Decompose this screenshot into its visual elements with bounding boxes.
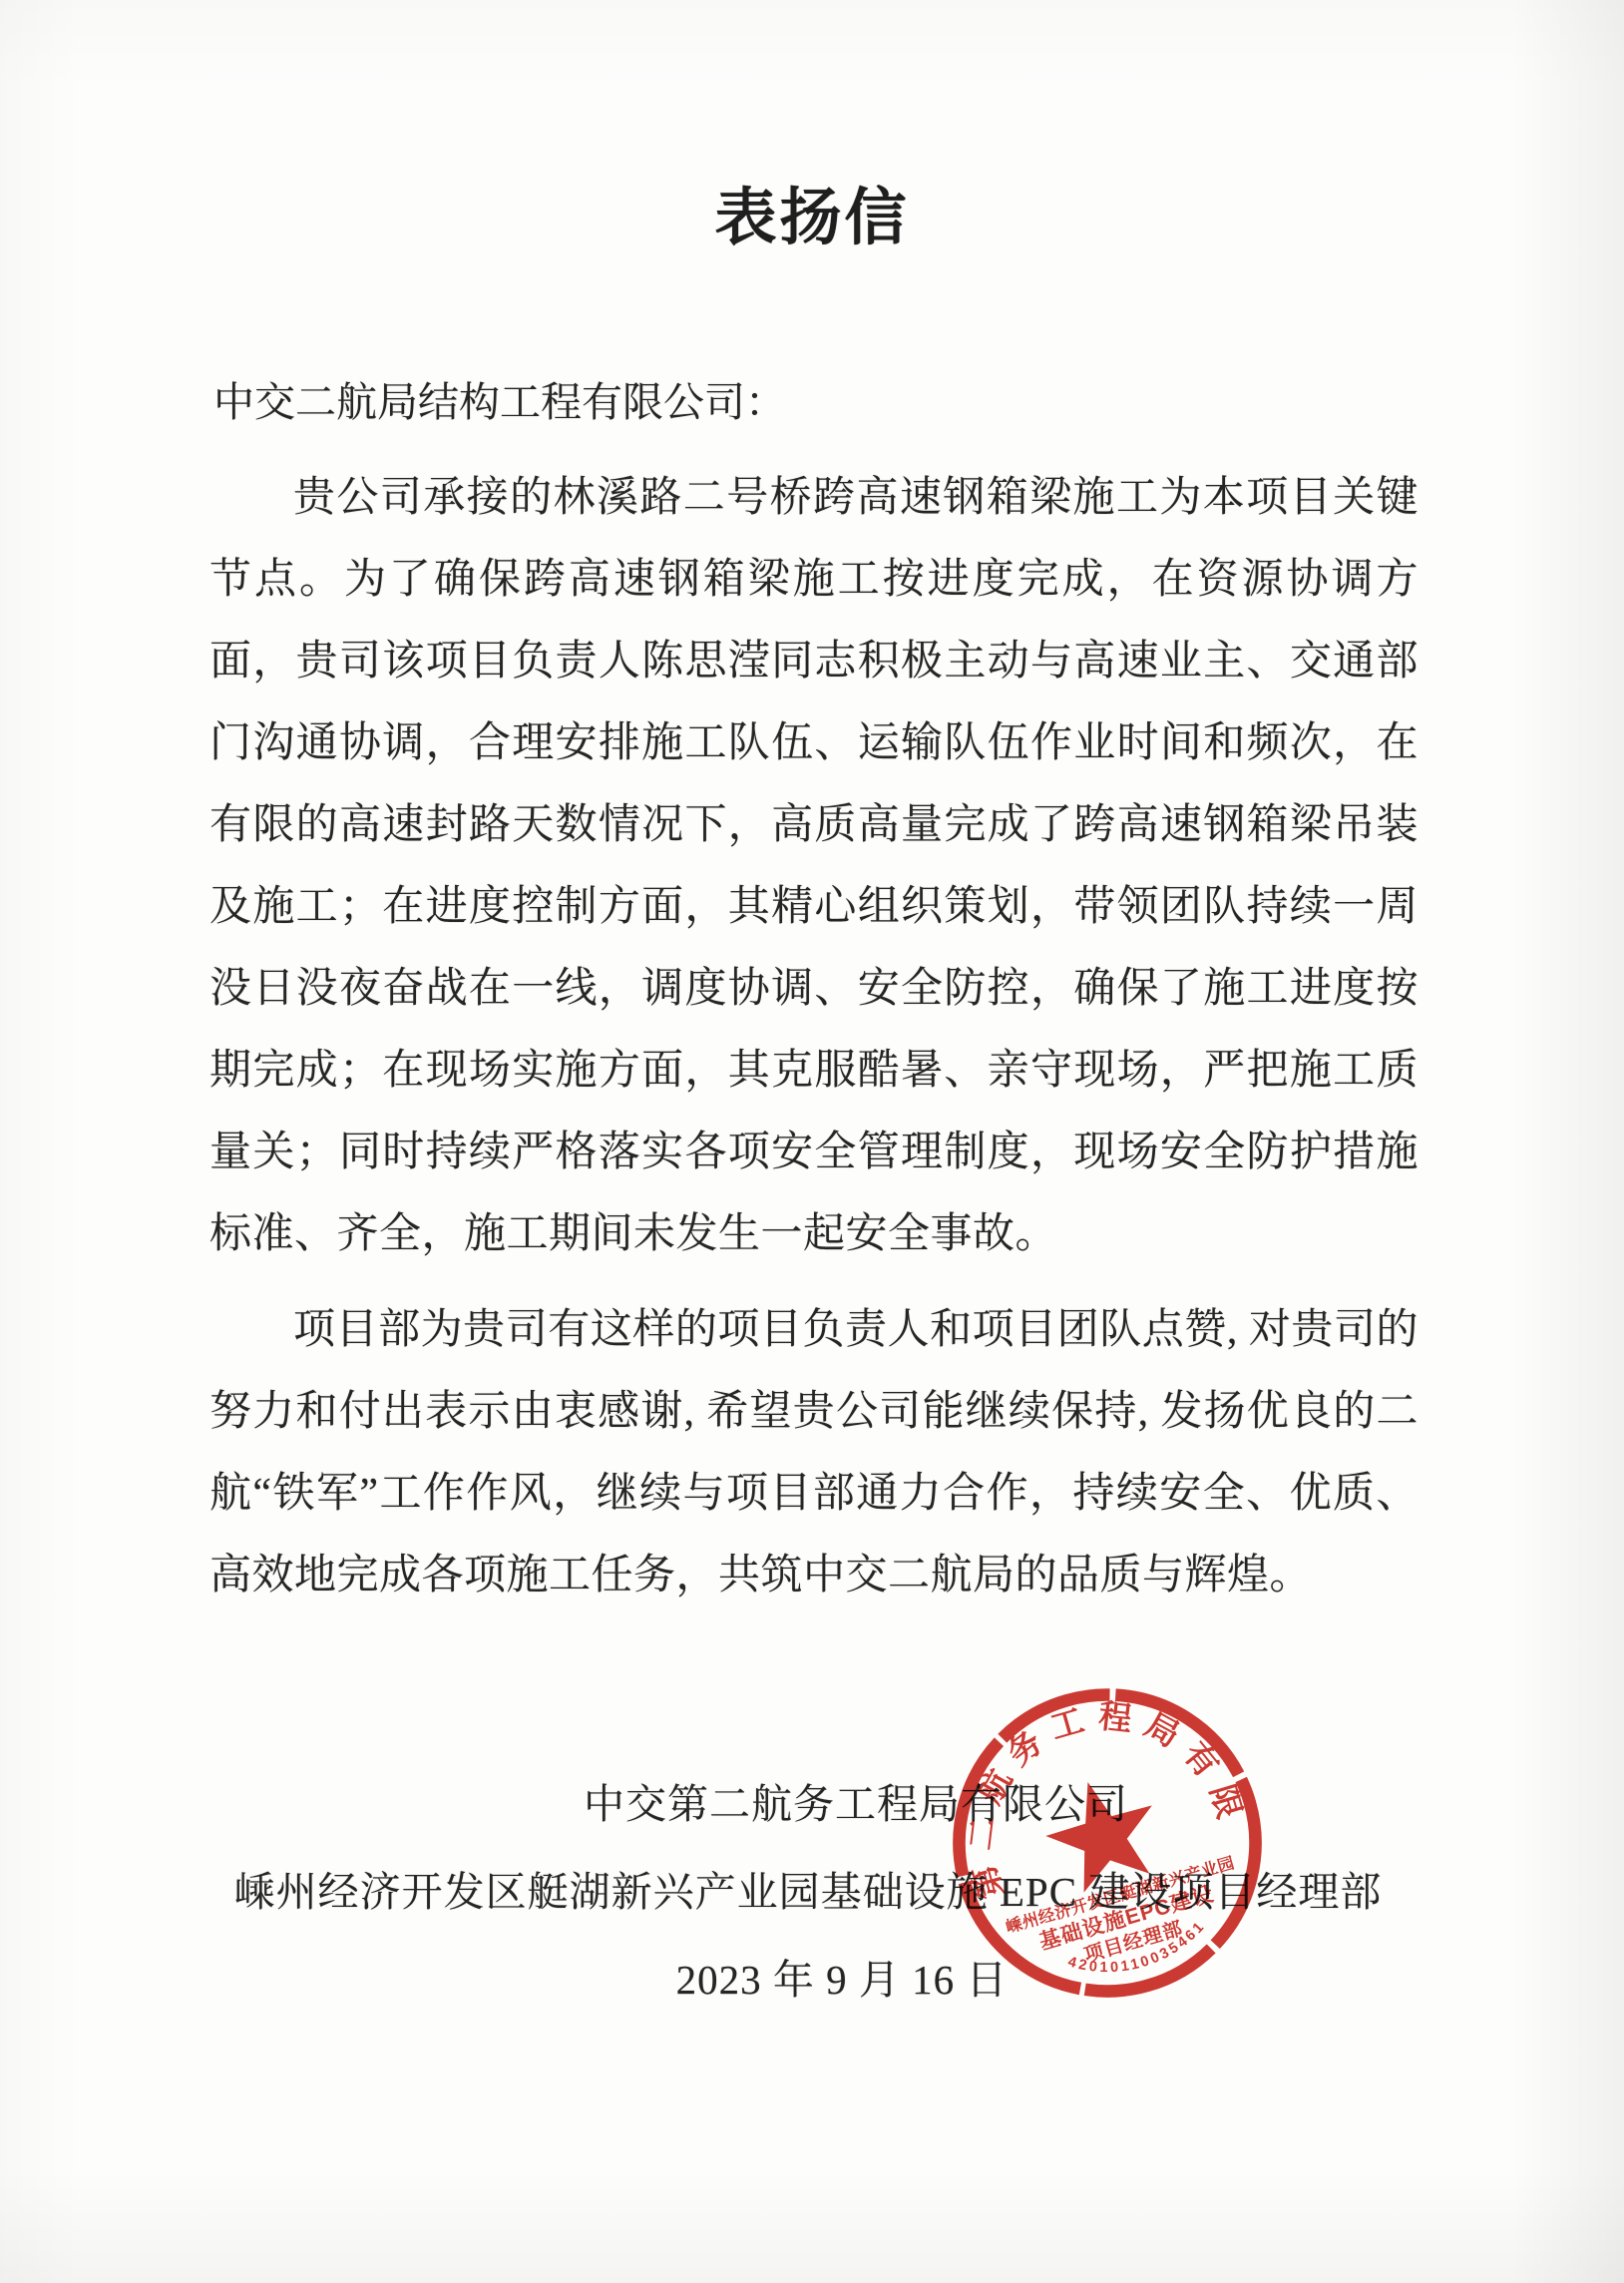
body-paragraph-1: 贵公司承接的林溪路二号桥跨高速钢箱梁施工为本项目关键节点。为了确保跨高速钢箱梁施… bbox=[209, 457, 1419, 1275]
commendation-letter-page: 表扬信 中交二航局结构工程有限公司： 贵公司承接的林溪路二号桥跨高速钢箱梁施工为… bbox=[0, 0, 1624, 2283]
official-seal: 中交第二航务工程局有限公司 嵊州经济开发区艇湖新兴产业园 基础设施EPC建设 项… bbox=[943, 1678, 1272, 2008]
salutation: 中交二航局结构工程有限公司： bbox=[213, 373, 1419, 431]
body-paragraph-2: 项目部为贵司有这样的项目负责人和项目团队点赞, 对贵司的努力和付出表示由衷感谢,… bbox=[209, 1289, 1419, 1616]
signature-company: 中交第二航务工程局有限公司 bbox=[251, 1760, 1460, 1848]
page-title: 表扬信 bbox=[0, 0, 1624, 256]
